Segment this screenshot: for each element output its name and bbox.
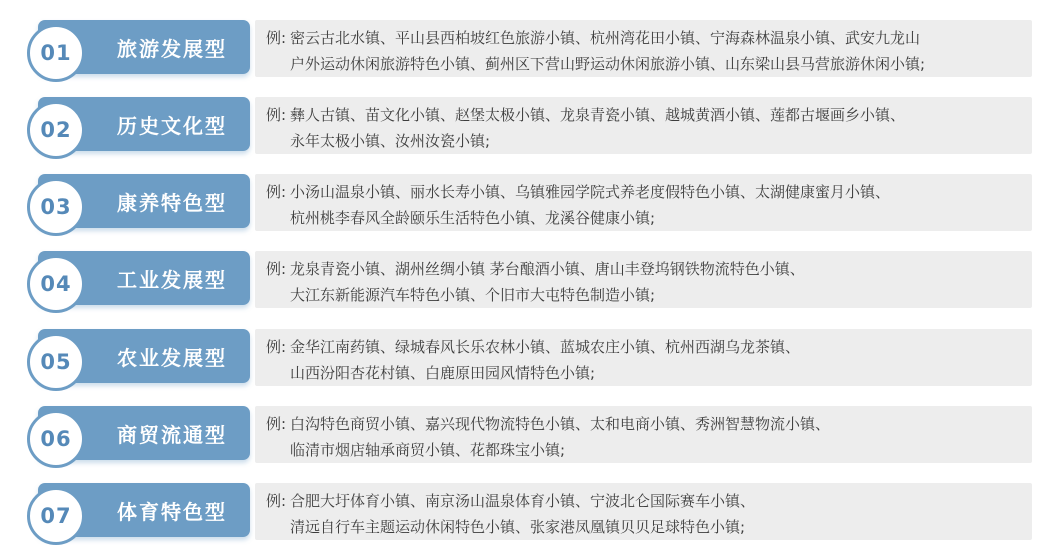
example-prefix: 例: bbox=[266, 179, 286, 205]
example-line: 杭州桃李春风全龄颐乐生活特色小镇、龙溪谷健康小镇; bbox=[290, 205, 1024, 231]
category-number: 06 bbox=[40, 427, 71, 451]
category-label: 商贸流通型 bbox=[117, 419, 227, 448]
category-badge: 07 体育特色型 bbox=[38, 483, 250, 537]
category-number: 04 bbox=[40, 272, 71, 296]
examples-panel: 例: 金华江南药镇、绿城春风长乐农林小镇、蓝城农庄小镇、杭州西湖乌龙茶镇、 山西… bbox=[255, 329, 1032, 386]
category-label: 康养特色型 bbox=[117, 187, 227, 216]
example-prefix: 例: bbox=[266, 256, 286, 282]
category-badge: 03 康养特色型 bbox=[38, 174, 250, 228]
category-row-agriculture: 05 农业发展型 例: 金华江南药镇、绿城春风长乐农林小镇、蓝城农庄小镇、杭州西… bbox=[0, 329, 1050, 395]
number-circle: 01 bbox=[27, 24, 85, 82]
category-label: 工业发展型 bbox=[117, 264, 227, 293]
examples-panel: 例: 小汤山温泉小镇、丽水长寿小镇、乌镇雅园学院式养老度假特色小镇、太湖健康蜜月… bbox=[255, 174, 1032, 231]
example-line: 户外运动休闲旅游特色小镇、蓟州区下营山野运动休闲旅游小镇、山东梁山县马营旅游休闲… bbox=[290, 51, 1024, 77]
number-circle: 03 bbox=[27, 178, 85, 236]
example-line: 山西汾阳杏花村镇、白鹿原田园风情特色小镇; bbox=[290, 360, 1024, 386]
town-types-infographic: 01 旅游发展型 例: 密云古北水镇、平山县西柏坡红色旅游小镇、杭州湾花田小镇、… bbox=[0, 0, 1050, 558]
category-row-tourism: 01 旅游发展型 例: 密云古北水镇、平山县西柏坡红色旅游小镇、杭州湾花田小镇、… bbox=[0, 20, 1050, 86]
category-label: 历史文化型 bbox=[117, 110, 227, 139]
example-line: 龙泉青瓷小镇、湖州丝绸小镇 茅台酿酒小镇、唐山丰登坞钢铁物流特色小镇、 bbox=[290, 256, 1024, 282]
category-badge: 06 商贸流通型 bbox=[38, 406, 250, 460]
example-line: 清远自行车主题运动休闲特色小镇、张家港凤凰镇贝贝足球特色小镇; bbox=[290, 514, 1024, 540]
number-circle: 02 bbox=[27, 101, 85, 159]
example-line: 金华江南药镇、绿城春风长乐农林小镇、蓝城农庄小镇、杭州西湖乌龙茶镇、 bbox=[290, 334, 1024, 360]
category-number: 07 bbox=[40, 504, 71, 528]
example-prefix: 例: bbox=[266, 488, 286, 514]
example-prefix: 例: bbox=[266, 25, 286, 51]
example-prefix: 例: bbox=[266, 334, 286, 360]
example-line: 永年太极小镇、汝州汝瓷小镇; bbox=[290, 128, 1024, 154]
examples-panel: 例: 合肥大圩体育小镇、南京汤山温泉体育小镇、宁波北仑国际赛车小镇、 清远自行车… bbox=[255, 483, 1032, 540]
number-circle: 07 bbox=[27, 487, 85, 545]
category-number: 01 bbox=[40, 41, 71, 65]
number-circle: 04 bbox=[27, 255, 85, 313]
examples-panel: 例: 密云古北水镇、平山县西柏坡红色旅游小镇、杭州湾花田小镇、宁海森林温泉小镇、… bbox=[255, 20, 1032, 77]
example-line: 小汤山温泉小镇、丽水长寿小镇、乌镇雅园学院式养老度假特色小镇、太湖健康蜜月小镇、 bbox=[290, 179, 1024, 205]
category-row-wellness: 03 康养特色型 例: 小汤山温泉小镇、丽水长寿小镇、乌镇雅园学院式养老度假特色… bbox=[0, 174, 1050, 240]
example-line: 白沟特色商贸小镇、嘉兴现代物流特色小镇、太和电商小镇、秀洲智慧物流小镇、 bbox=[290, 411, 1024, 437]
category-badge: 02 历史文化型 bbox=[38, 97, 250, 151]
category-number: 02 bbox=[40, 118, 71, 142]
number-circle: 06 bbox=[27, 410, 85, 468]
category-row-industry: 04 工业发展型 例: 龙泉青瓷小镇、湖州丝绸小镇 茅台酿酒小镇、唐山丰登坞钢铁… bbox=[0, 251, 1050, 317]
category-row-sports: 07 体育特色型 例: 合肥大圩体育小镇、南京汤山温泉体育小镇、宁波北仑国际赛车… bbox=[0, 483, 1050, 549]
category-number: 05 bbox=[40, 350, 71, 374]
category-badge: 04 工业发展型 bbox=[38, 251, 250, 305]
category-label: 体育特色型 bbox=[117, 496, 227, 525]
examples-panel: 例: 彝人古镇、苗文化小镇、赵堡太极小镇、龙泉青瓷小镇、越城黄酒小镇、莲都古堰画… bbox=[255, 97, 1032, 154]
example-line: 临清市烟店轴承商贸小镇、花都珠宝小镇; bbox=[290, 437, 1024, 463]
example-line: 合肥大圩体育小镇、南京汤山温泉体育小镇、宁波北仑国际赛车小镇、 bbox=[290, 488, 1024, 514]
category-badge: 05 农业发展型 bbox=[38, 329, 250, 383]
category-label: 旅游发展型 bbox=[117, 33, 227, 62]
category-row-commerce-logistics: 06 商贸流通型 例: 白沟特色商贸小镇、嘉兴现代物流特色小镇、太和电商小镇、秀… bbox=[0, 406, 1050, 472]
category-label: 农业发展型 bbox=[117, 342, 227, 371]
examples-panel: 例: 白沟特色商贸小镇、嘉兴现代物流特色小镇、太和电商小镇、秀洲智慧物流小镇、 … bbox=[255, 406, 1032, 463]
category-badge: 01 旅游发展型 bbox=[38, 20, 250, 74]
category-row-history-culture: 02 历史文化型 例: 彝人古镇、苗文化小镇、赵堡太极小镇、龙泉青瓷小镇、越城黄… bbox=[0, 97, 1050, 163]
example-prefix: 例: bbox=[266, 102, 286, 128]
example-line: 大江东新能源汽车特色小镇、个旧市大屯特色制造小镇; bbox=[290, 282, 1024, 308]
example-prefix: 例: bbox=[266, 411, 286, 437]
example-line: 彝人古镇、苗文化小镇、赵堡太极小镇、龙泉青瓷小镇、越城黄酒小镇、莲都古堰画乡小镇… bbox=[290, 102, 1024, 128]
category-number: 03 bbox=[40, 195, 71, 219]
number-circle: 05 bbox=[27, 333, 85, 391]
example-line: 密云古北水镇、平山县西柏坡红色旅游小镇、杭州湾花田小镇、宁海森林温泉小镇、武安九… bbox=[290, 25, 1024, 51]
examples-panel: 例: 龙泉青瓷小镇、湖州丝绸小镇 茅台酿酒小镇、唐山丰登坞钢铁物流特色小镇、 大… bbox=[255, 251, 1032, 308]
